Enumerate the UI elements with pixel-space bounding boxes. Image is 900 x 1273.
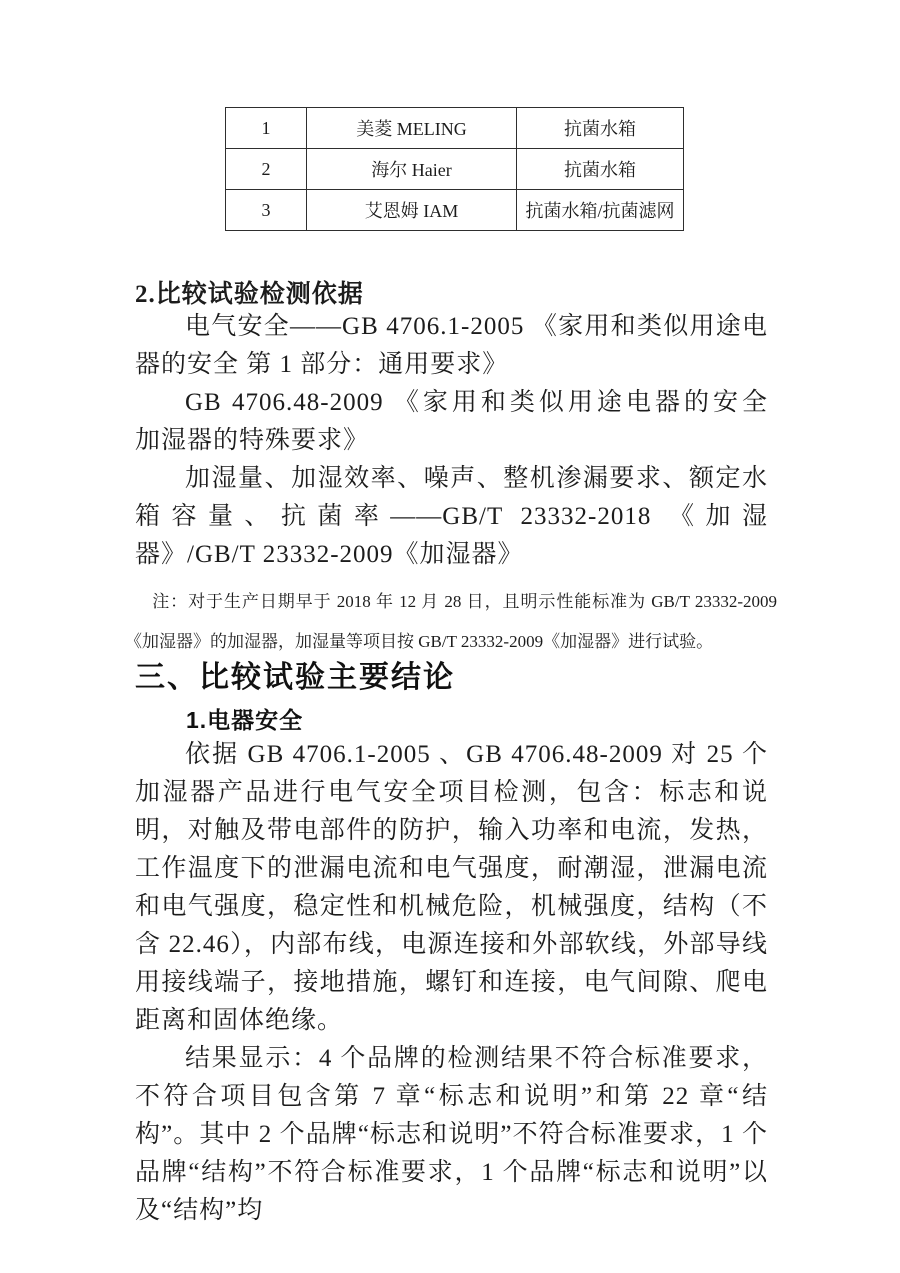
- paragraph-standard-electrical-safety: 电气安全——GB 4706.1-2005 《家用和类似用途电器的安全 第 1 部…: [135, 308, 768, 384]
- note-paragraph: 注：对于生产日期早于 2018 年 12 月 28 日，且明示性能标准为 GB/…: [125, 582, 777, 662]
- cell-index: 3: [226, 190, 307, 231]
- subsection-electrical-safety-heading: 1.电器安全: [186, 702, 303, 735]
- paragraph-safety-test-scope: 依据 GB 4706.1-2005 、GB 4706.48-2009 对 25 …: [135, 736, 768, 1040]
- cell-feature: 抗菌水箱: [517, 108, 684, 149]
- cell-feature: 抗菌水箱: [517, 149, 684, 190]
- cell-brand: 美菱 MELING: [307, 108, 517, 149]
- paragraph-standard-humidifier-safety: GB 4706.48-2009 《家用和类似用途电器的安全 加湿器的特殊要求》: [135, 384, 768, 460]
- cell-feature: 抗菌水箱/抗菌滤网: [517, 190, 684, 231]
- cell-index: 2: [226, 149, 307, 190]
- document-page: 1 美菱 MELING 抗菌水箱 2 海尔 Haier 抗菌水箱 3 艾恩姆 I…: [0, 0, 900, 1273]
- antibacterial-sample-table: 1 美菱 MELING 抗菌水箱 2 海尔 Haier 抗菌水箱 3 艾恩姆 I…: [225, 107, 684, 231]
- section2-heading: 2.比较试验检测依据: [135, 274, 364, 310]
- table-row: 1 美菱 MELING 抗菌水箱: [226, 108, 684, 149]
- paragraph-safety-test-results: 结果显示：4 个品牌的检测结果不符合标准要求，不符合项目包含第 7 章“标志和说…: [135, 1040, 768, 1230]
- section2-paragraph-group: 电气安全——GB 4706.1-2005 《家用和类似用途电器的安全 第 1 部…: [135, 308, 768, 574]
- cell-index: 1: [226, 108, 307, 149]
- cell-brand: 艾恩姆 IAM: [307, 190, 517, 231]
- cell-brand: 海尔 Haier: [307, 149, 517, 190]
- conclusion-paragraph-group: 依据 GB 4706.1-2005 、GB 4706.48-2009 对 25 …: [135, 736, 768, 1230]
- paragraph-standard-performance: 加湿量、加湿效率、噪声、整机渗漏要求、额定水箱容量、抗菌率——GB/T 2333…: [135, 460, 768, 574]
- section3-heading: 三、比较试验主要结论: [135, 652, 455, 696]
- table-row: 3 艾恩姆 IAM 抗菌水箱/抗菌滤网: [226, 190, 684, 231]
- table-row: 2 海尔 Haier 抗菌水箱: [226, 149, 684, 190]
